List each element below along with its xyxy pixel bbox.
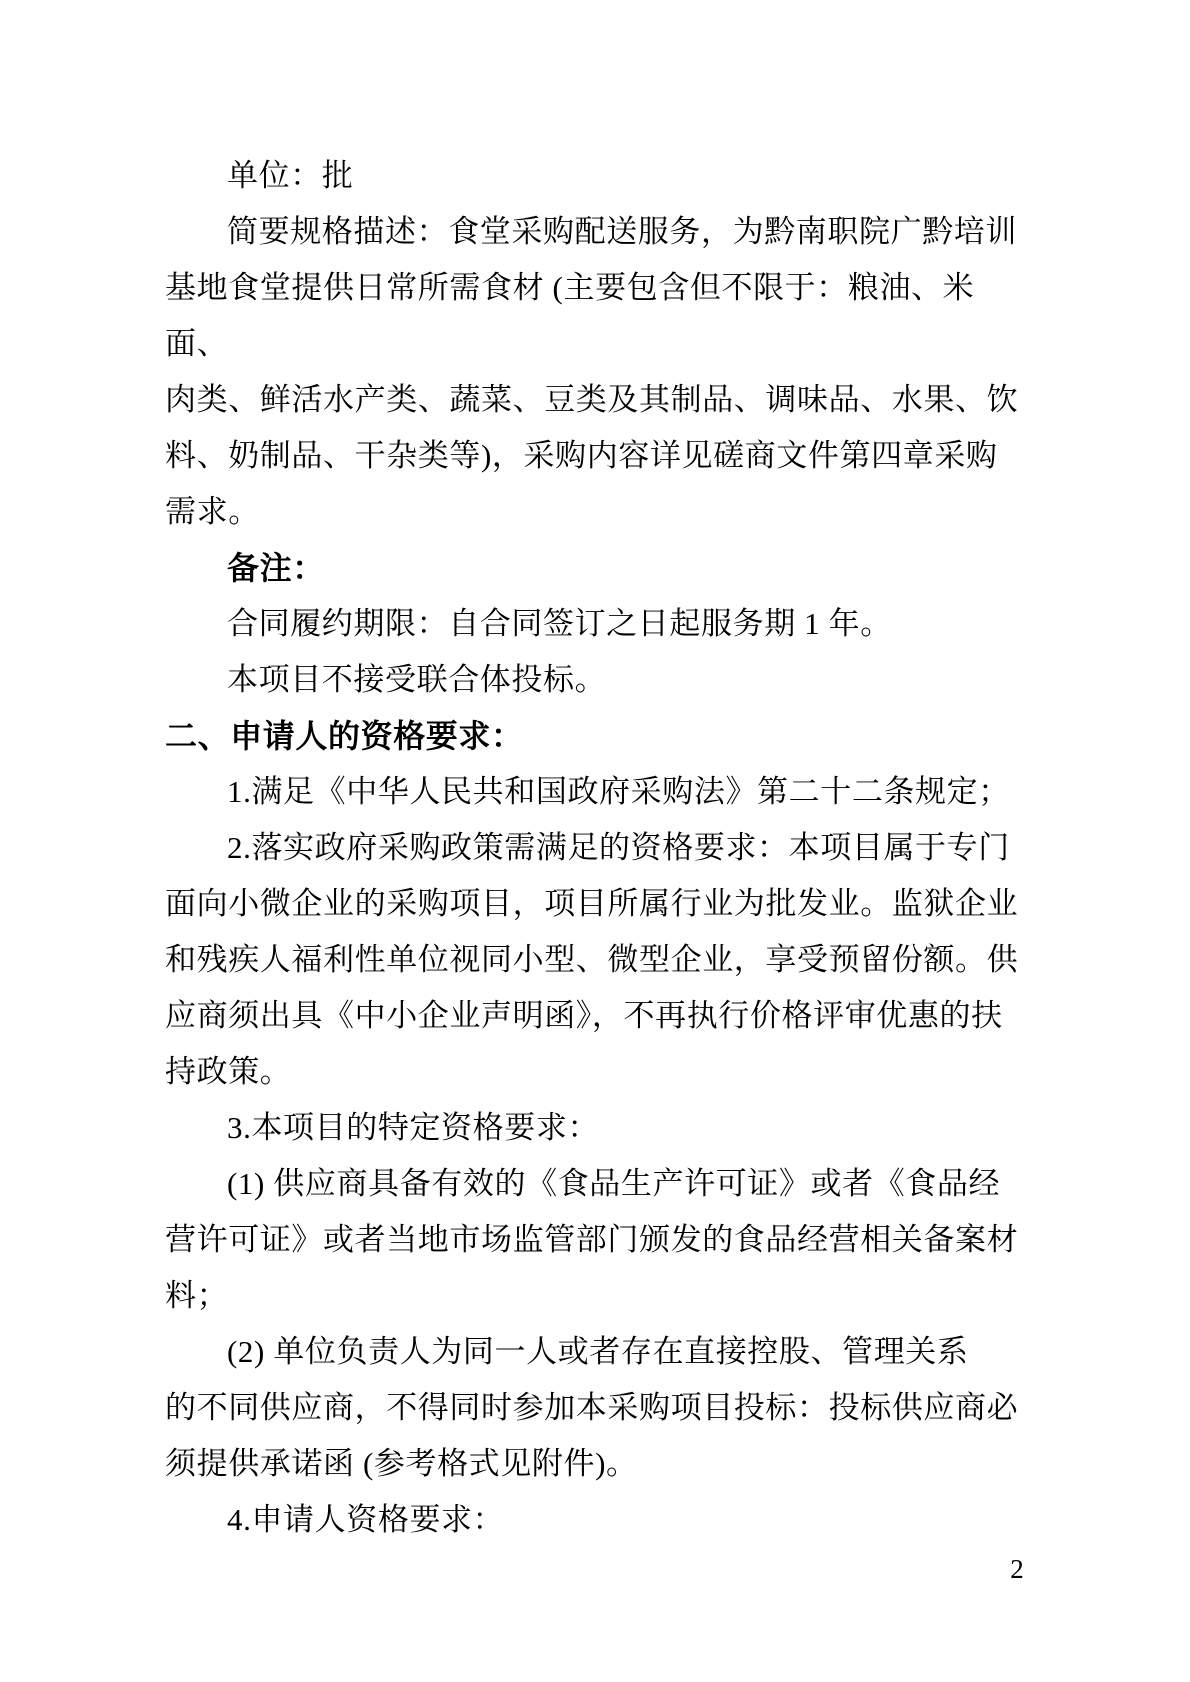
heading-remark: 备注： [165, 540, 1037, 596]
paragraph-no-consortium: 本项目不接受联合体投标。 [165, 652, 1037, 708]
paragraph-spec-description: 简要规格描述：食堂采购配送服务，为黔南职院广黔培训 基地食堂提供日常所需食材 (… [165, 204, 1037, 540]
paragraph-qualification-4: 4.申请人资格要求： [165, 1492, 1037, 1548]
paragraph-contract-term: 合同履约期限：自合同签订之日起服务期 1 年。 [165, 596, 1037, 652]
page-number: 2 [1002, 1552, 1032, 1586]
paragraph-qualification-1: 1.满足《中华人民共和国政府采购法》第二十二条规定； [165, 764, 1037, 820]
paragraph-qualification-3: 3.本项目的特定资格要求： [165, 1100, 1037, 1156]
document-body: 单位：批 简要规格描述：食堂采购配送服务，为黔南职院广黔培训 基地食堂提供日常所… [165, 148, 1037, 1548]
heading-applicant-qualifications: 二、申请人的资格要求： [165, 708, 1037, 764]
paragraph-qualification-2: 2.落实政府采购政策需满足的资格要求：本项目属于专门 面向小微企业的采购项目，项… [165, 820, 1037, 1100]
paragraph-qualification-3-1: (1) 供应商具备有效的《食品生产许可证》或者《食品经 营许可证》或者当地市场监… [165, 1156, 1037, 1324]
paragraph-qualification-3-2: (2) 单位负责人为同一人或者存在直接控股、管理关系 的不同供应商，不得同时参加… [165, 1324, 1037, 1492]
document-page: 单位：批 简要规格描述：食堂采购配送服务，为黔南职院广黔培训 基地食堂提供日常所… [0, 0, 1190, 1682]
paragraph-unit: 单位：批 [165, 148, 1037, 204]
